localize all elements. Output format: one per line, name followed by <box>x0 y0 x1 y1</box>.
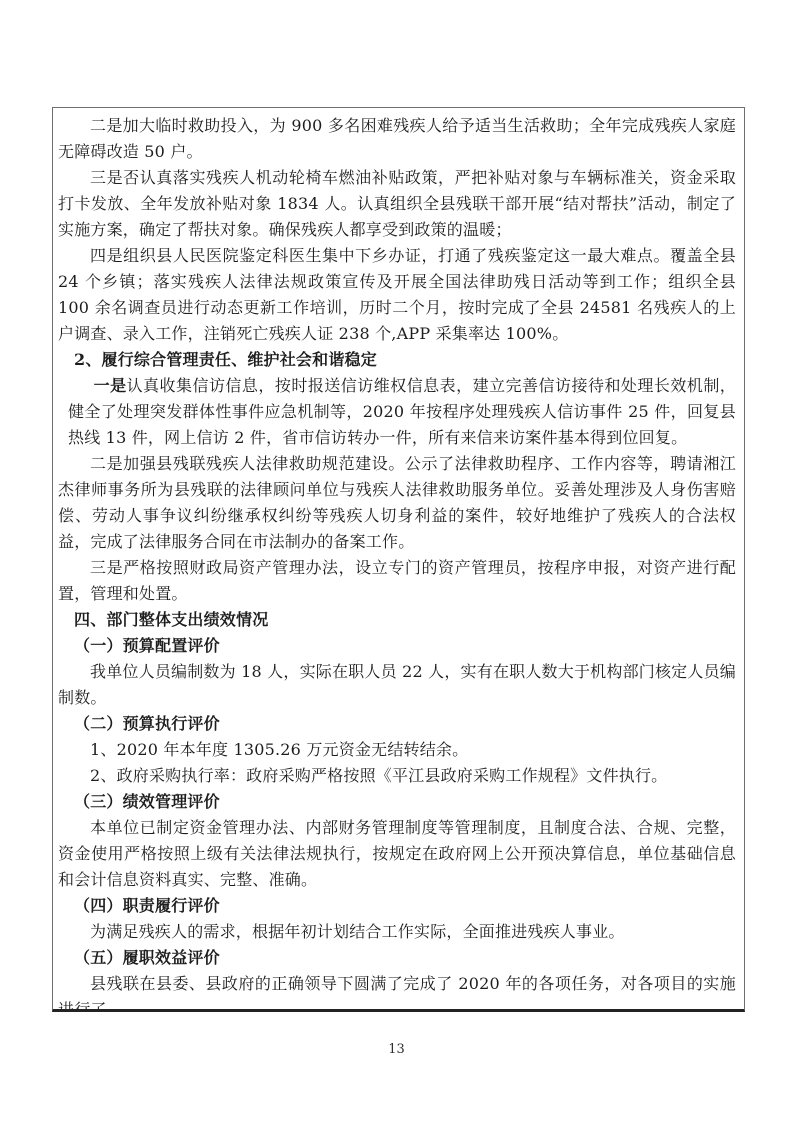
document-body: 二是加大临时救助投入，为 900 多名困难残疾人给予适当生活救助；全年完成残疾人… <box>58 113 736 1012</box>
section-heading: 2、履行综合管理责任、维护社会和谐稳定 <box>58 347 736 373</box>
paragraph: 1、2020 年本年度 1305.26 万元资金无结转结余。 <box>58 737 736 763</box>
section-heading: 四、部门整体支出绩效情况 <box>58 607 736 633</box>
paragraph: 我单位人员编制数为 18 人，实际在职人员 22 人，实有在职人数大于机构部门核… <box>58 659 736 711</box>
section-heading: （二）预算执行评价 <box>58 711 736 737</box>
section-heading: （五）履职效益评价 <box>58 945 736 971</box>
section-heading: （三）绩效管理评价 <box>58 789 736 815</box>
paragraph: 四是组织县人民医院鉴定科医生集中下乡办证，打通了残疾鉴定这一最大难点。覆盖全县 … <box>58 243 736 347</box>
paragraph: 二是加强县残联残疾人法律救助规范建设。公示了法律救助程序、工作内容等，聘请湘江杰… <box>58 451 736 555</box>
paragraph-lead: 一是 <box>94 376 127 395</box>
paragraph: 二是加大临时救助投入，为 900 多名困难残疾人给予适当生活救助；全年完成残疾人… <box>58 113 736 165</box>
report-text-frame: 二是加大临时救助投入，为 900 多名困难残疾人给予适当生活救助；全年完成残疾人… <box>52 107 745 1012</box>
document-page: 二是加大临时救助投入，为 900 多名困难残疾人给予适当生活救助；全年完成残疾人… <box>0 0 793 1122</box>
section-heading: （一）预算配置评价 <box>58 633 736 659</box>
page-number: 13 <box>0 1042 793 1058</box>
paragraph: 三是否认真落实残疾人机动轮椅车燃油补贴政策，严把补贴对象与车辆标准关，资金采取打… <box>58 165 736 243</box>
paragraph: 一是认真收集信访信息，按时报送信访维权信息表，建立完善信访接待和处理长效机制，健… <box>58 373 736 451</box>
paragraph: 三是严格按照财政局资产管理办法，设立专门的资产管理员，按程序申报，对资产进行配置… <box>58 555 736 607</box>
paragraph: 2、政府采购执行率：政府采购严格按照《平江县政府采购工作规程》文件执行。 <box>58 763 736 789</box>
paragraph: 为满足残疾人的需求，根据年初计划结合工作实际，全面推进残疾人事业。 <box>58 919 736 945</box>
paragraph: 本单位已制定资金管理办法、内部财务管理制度等管理制度，且制度合法、合规、完整，资… <box>58 815 736 893</box>
section-heading: （四）职责履行评价 <box>58 893 736 919</box>
paragraph: 县残联在县委、县政府的正确领导下圆满了完成了 2020 年的各项任务，对各项目的… <box>58 971 736 1012</box>
